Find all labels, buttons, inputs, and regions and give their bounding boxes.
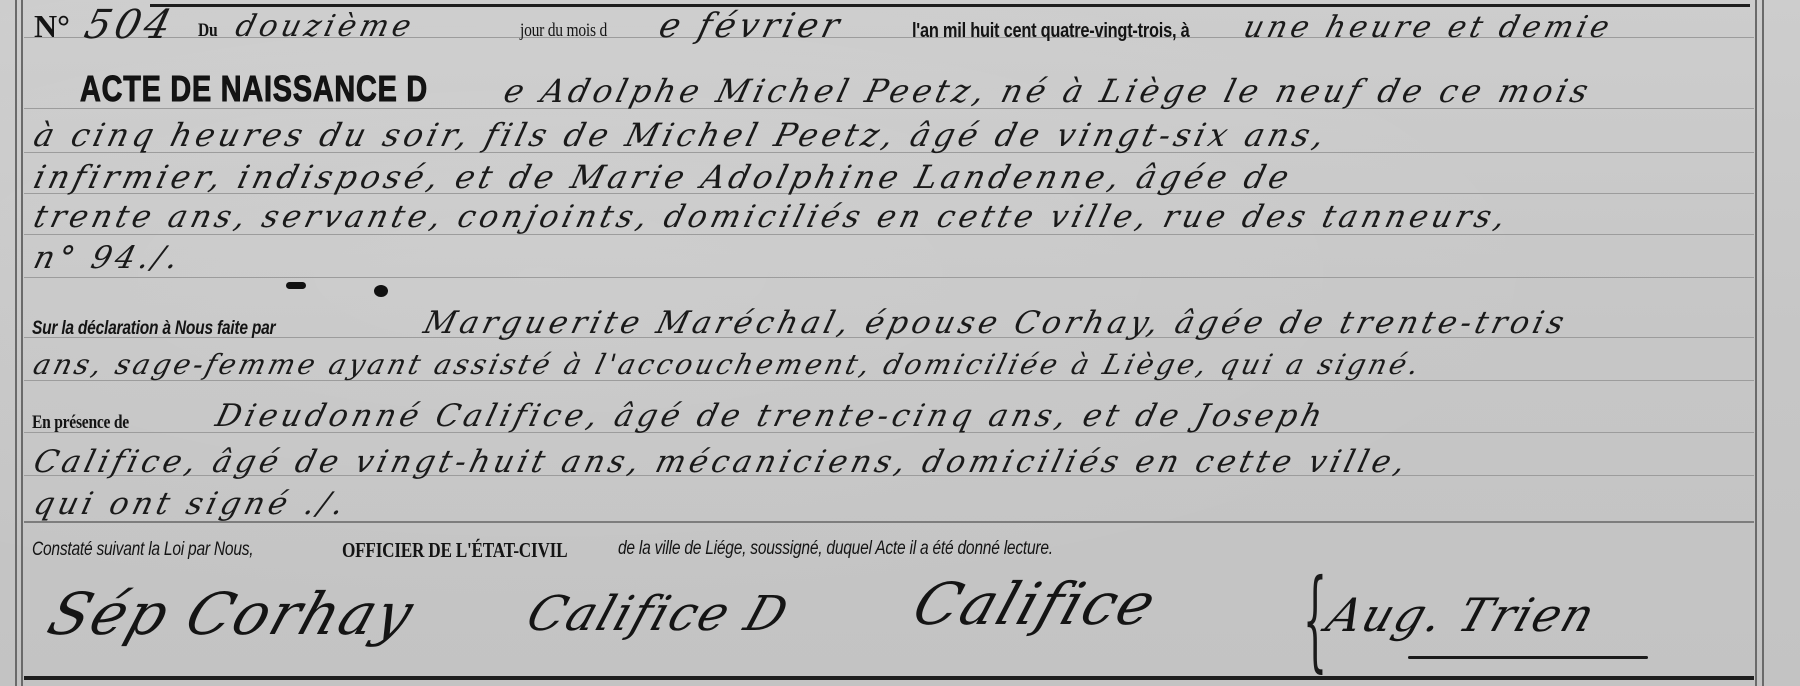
signature-brace: {	[1303, 555, 1328, 683]
jour-du-mois-label: jour du mois d	[520, 20, 607, 42]
record-number-value: 504	[80, 2, 180, 48]
signature-declarant: Sép Corhay	[40, 580, 423, 648]
du-label: Du	[198, 20, 217, 42]
signature-witness-2: Califice	[905, 570, 1166, 638]
record-number-label: N°	[34, 8, 70, 45]
body-line-2: à cinq heures du soir, fils de Michel Pe…	[30, 116, 1332, 154]
document-page: N° 504 Du douzième jour du mois d e févr…	[0, 0, 1800, 686]
ink-blot	[286, 282, 306, 289]
bottom-thick-rule	[24, 676, 1754, 680]
child-name-line: e Adolphe Michel Peetz, né à Liège le ne…	[500, 72, 1596, 110]
declarant-line-1: Marguerite Maréchal, épouse Corhay, âgée…	[420, 305, 1572, 341]
right-border-line	[1755, 0, 1757, 686]
body-line-4: trente ans, servante, conjoints, domicil…	[30, 199, 1513, 235]
body-line-3: infirmier, indisposé, et de Marie Adolph…	[30, 158, 1297, 196]
ink-blot	[374, 285, 388, 297]
declaration-label: Sur la déclaration à Nous faite par	[32, 318, 275, 340]
witnesses-label: En présence de	[32, 412, 129, 434]
left-border-line-inner	[21, 0, 23, 686]
left-border-line	[15, 0, 17, 686]
witness-line-3: qui ont signé ./.	[30, 486, 351, 522]
ruled-line	[24, 277, 1754, 278]
signature-witness-1: Califice D	[520, 586, 796, 642]
closing-statement-end: de la ville de Liége, soussigné, duquel …	[618, 538, 1053, 560]
year-printed: l'an mil huit cent quatre-vingt-trois, à	[912, 20, 1189, 43]
right-border-line-outer	[1762, 0, 1764, 686]
officer-title: OFFICIER DE L'ÉTAT-CIVIL	[342, 538, 567, 563]
time-value: une heure et demie	[1240, 10, 1617, 45]
top-thick-rule	[150, 4, 1750, 7]
document-title: ACTE DE NAISSANCE D	[80, 68, 428, 110]
witness-line-1: Dieudonné Califice, âgé de trente-cinq a…	[212, 398, 1330, 434]
month-value: e février	[655, 6, 847, 46]
body-line-5: n° 94./.	[30, 240, 186, 276]
closing-statement: Constaté suivant la Loi par Nous,	[32, 538, 302, 561]
witness-line-2: Califice, âgé de vingt-huit ans, mécanic…	[30, 444, 1413, 480]
signature-officer: Aug. Trien	[1320, 588, 1603, 642]
declarant-line-2: ans, sage-femme ayant assisté à l'accouc…	[30, 348, 1425, 381]
signature-underline	[1408, 656, 1648, 659]
day-value: douzième	[232, 9, 419, 44]
